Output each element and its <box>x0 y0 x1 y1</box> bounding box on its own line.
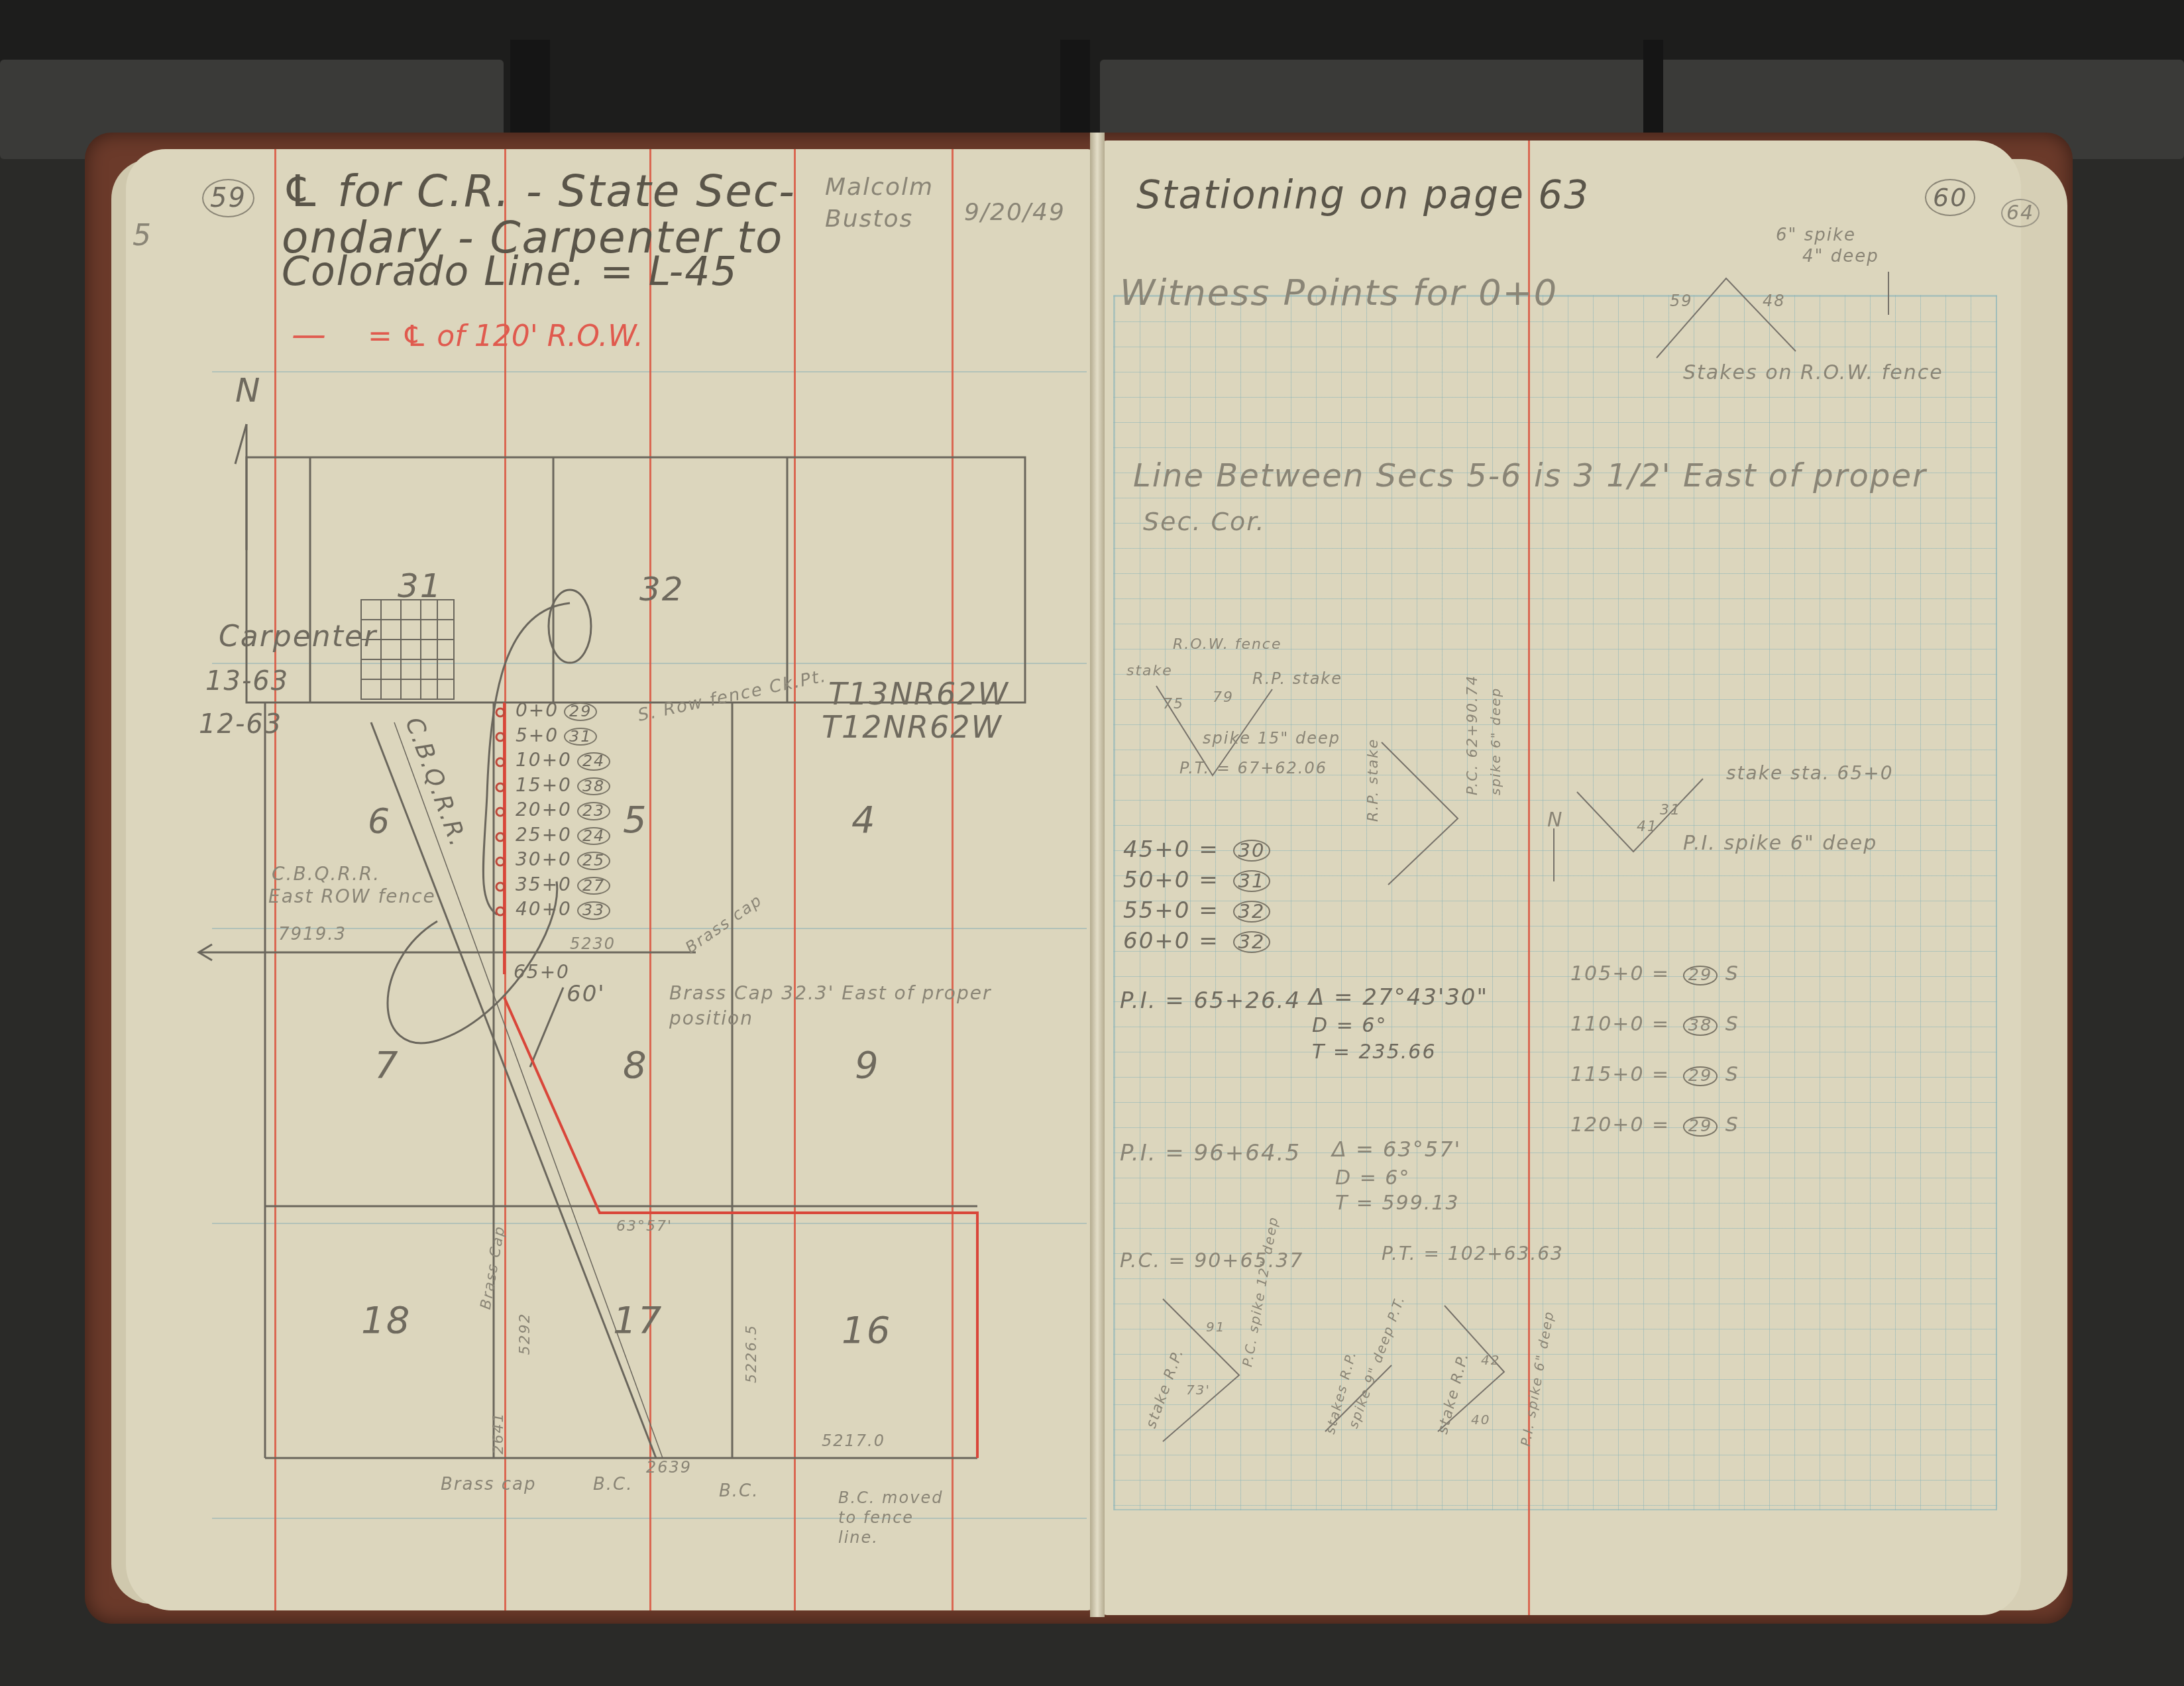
red-margin-line <box>952 149 954 1610</box>
section-8: 8 <box>623 1044 648 1087</box>
witness-top-label-1: 6" spike <box>1776 225 1856 245</box>
north-label: N <box>235 371 261 410</box>
curve2-pi: P.I. = 96+64.5 <box>1120 1140 1301 1166</box>
next-page-number: 64 <box>2001 199 2040 227</box>
pc-sketch-pc: P.C. 62+90.74 <box>1464 675 1481 795</box>
survey-date: 9/20/49 <box>964 199 1065 226</box>
station-row: 35+027 <box>516 875 610 901</box>
distance-5230: 5230 <box>570 934 616 953</box>
brass-cap-note: Brass Cap 32.3' East of proper position <box>669 981 1027 1031</box>
pt-sketch-d75: 75 <box>1163 696 1184 712</box>
title-line-1: ℄ for C.R. - State Sec- <box>282 166 796 217</box>
station-list-left: 0+029 5+031 10+024 15+038 20+023 25+024 … <box>516 701 610 925</box>
station-row: 105+0 = 29 S <box>1570 964 1739 1015</box>
railroad-fence-label-2: East ROW fence <box>268 885 436 907</box>
bottom-label-bc: B.C. <box>593 1475 633 1494</box>
page-number: 59 <box>202 179 254 217</box>
title-line-3: Colorado Line. = L-45 <box>282 249 738 295</box>
witness-bottom-label: Stakes on R.O.W. fence <box>1683 361 1943 384</box>
vertical-distance-5292: 5292 <box>517 1313 533 1355</box>
station-row: 110+0 = 38 S <box>1570 1015 1739 1065</box>
pt-sketch-spike: spike 15" deep <box>1203 729 1340 748</box>
section-7: 7 <box>374 1044 400 1087</box>
vertical-distance-5226: 5226.5 <box>743 1324 760 1383</box>
bottom-label-bc-2: B.C. <box>719 1481 759 1501</box>
sta65-d41: 41 <box>1637 818 1658 835</box>
station-row: 10+024 <box>516 751 610 776</box>
section-6: 6 <box>368 802 391 842</box>
witness-dist-left: 59 <box>1670 292 1693 310</box>
bc-moved-note: B.C. moved to fence line. <box>838 1488 951 1547</box>
curve2-delta: Δ = 63°57' <box>1332 1137 1461 1162</box>
station-list-b: 105+0 = 29 S 110+0 = 38 S 115+0 = 29 S 1… <box>1570 964 1739 1166</box>
station-row: 0+029 <box>516 701 610 726</box>
station-row: 20+023 <box>516 801 610 826</box>
station-row: 15+038 <box>516 776 610 801</box>
distance-7919: 7919.3 <box>278 925 347 944</box>
curve1-t: T = 235.66 <box>1312 1040 1437 1064</box>
red-margin-line <box>794 149 796 1610</box>
bottom-label-5217: 5217.0 <box>822 1432 885 1450</box>
sketch1-d2: 73' <box>1186 1382 1211 1398</box>
pt-sketch-rp: stake <box>1126 663 1173 679</box>
station-row: 115+0 = 29 S <box>1570 1065 1739 1115</box>
red-margin-line <box>649 149 651 1610</box>
station-row: 5+031 <box>516 726 610 752</box>
offset-60: 60' <box>567 981 606 1007</box>
station-65: 65+0 <box>514 961 570 983</box>
station-row: 40+033 <box>516 900 610 925</box>
sketch3-d2: 40 <box>1471 1412 1490 1428</box>
sta65-pi-label: P.I. spike 6" deep <box>1683 832 1877 855</box>
vertical-distance-2641: 2641 <box>490 1412 507 1455</box>
station-row: 50+0 = 31 <box>1123 869 1270 899</box>
township-t12n: T12NR62W <box>822 709 1003 745</box>
station-list-a: 45+0 = 30 50+0 = 31 55+0 = 32 60+0 = 32 <box>1123 838 1270 960</box>
section-5: 5 <box>623 799 648 842</box>
sta65-stake-label: stake sta. 65+0 <box>1726 762 1894 784</box>
station-row: 30+025 <box>516 850 610 875</box>
station-row: 45+0 = 30 <box>1123 838 1270 869</box>
tier-13-63: 13-63 <box>205 666 289 697</box>
curve1-pi: P.I. = 65+26.4 <box>1120 987 1301 1014</box>
pt-sketch-rp-stake: R.P. stake <box>1252 669 1342 688</box>
surveyor-first-name: Malcolm <box>825 174 934 201</box>
bottom-label-brass-cap: Brass cap <box>441 1475 537 1494</box>
angle-note: 63°57' <box>616 1218 673 1235</box>
station-row: 60+0 = 32 <box>1123 930 1270 960</box>
curve2-d: D = 6° <box>1335 1166 1410 1190</box>
line-note-1: Line Between Secs 5-6 is 3 1/2' East of … <box>1133 457 1927 494</box>
pt-sketch-pt: P.T. = 67+62.06 <box>1179 759 1327 777</box>
witness-top-label-2: 4" deep <box>1802 247 1879 266</box>
notebook-gutter <box>1090 133 1105 1617</box>
pt-sketch-fence: R.O.W. fence <box>1173 636 1282 653</box>
section-17: 17 <box>613 1299 663 1342</box>
surveyor-last-name: Bustos <box>825 205 913 233</box>
station-row: 55+0 = 32 <box>1123 899 1270 930</box>
curve2-pt: P.T. = 102+63.63 <box>1382 1243 1564 1264</box>
township-t13n: T13NR62W <box>828 676 1009 712</box>
sta65-d31: 31 <box>1660 802 1681 818</box>
right-heading: Stationing on page 63 <box>1136 172 1590 217</box>
section-32: 32 <box>639 570 684 608</box>
curve1-d: D = 6° <box>1312 1014 1387 1037</box>
station-row: 25+024 <box>516 826 610 851</box>
page-number: 60 <box>1925 179 1975 216</box>
line-note-2: Sec. Cor. <box>1143 507 1266 536</box>
witness-dist-right: 48 <box>1763 292 1786 310</box>
section-31: 31 <box>398 567 443 605</box>
sketch1-d1: 91 <box>1206 1319 1225 1335</box>
pc-sketch-spike: spike 6" deep <box>1488 687 1503 795</box>
pt-sketch-d79: 79 <box>1213 689 1234 706</box>
railroad-fence-label-1: C.B.Q.R.R. <box>272 863 380 885</box>
red-margin-line <box>504 149 506 1610</box>
tier-12-63: 12-63 <box>199 709 282 740</box>
section-18: 18 <box>361 1299 411 1342</box>
sketch3-d1: 42 <box>1481 1352 1500 1368</box>
margin-mark: 5 <box>133 219 152 253</box>
curve1-delta: Δ = 27°43'30" <box>1309 984 1488 1011</box>
town-carpenter: Carpenter <box>219 620 377 653</box>
station-row: 120+0 = 29 S <box>1570 1115 1739 1166</box>
section-9: 9 <box>855 1044 880 1087</box>
witness-heading: Witness Points for 0+0 <box>1120 272 1558 313</box>
pc-sketch-rp-stake: R.P. stake <box>1365 738 1382 822</box>
legend-text: = ℄ of 120' R.O.W. <box>368 319 643 353</box>
sta65-north: N <box>1547 809 1563 832</box>
bottom-label-2639: 2639 <box>646 1458 692 1477</box>
curve2-pc: P.C. = 90+65.37 <box>1120 1249 1303 1272</box>
section-16: 16 <box>842 1309 891 1352</box>
legend-red-line: — <box>292 315 326 355</box>
curve2-t: T = 599.13 <box>1335 1192 1460 1215</box>
section-4: 4 <box>851 799 877 842</box>
